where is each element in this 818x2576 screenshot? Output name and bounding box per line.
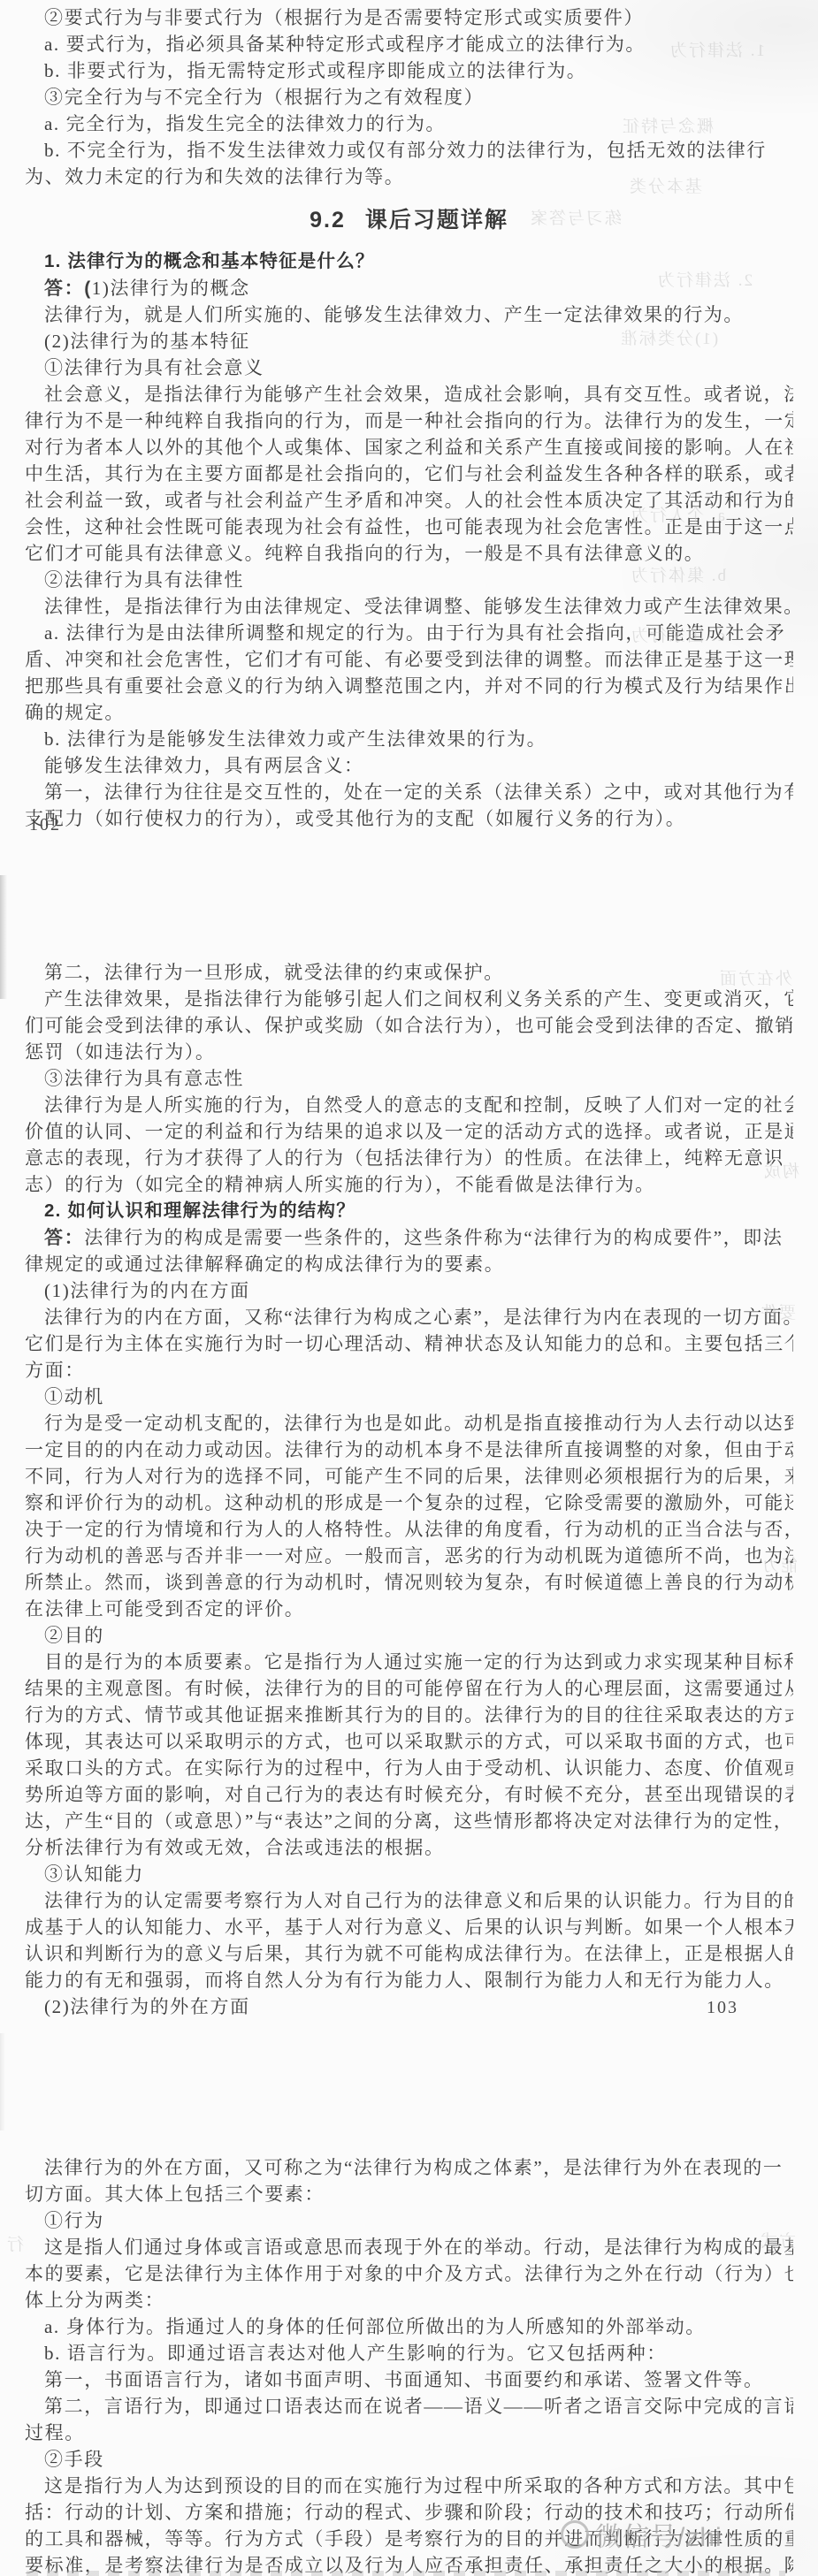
page-103-content: 第二，法律行为一旦形成，就受法律的约束或保护。产生法律效果，是指法律行为能够引起… — [25, 959, 793, 2020]
section-number: 9.2 — [310, 208, 346, 232]
text-line: 中生活，其行为在主要方面都是社会指向的，它们与社会利益发生各种各样的联系，或者与 — [25, 461, 793, 487]
page-edge-shadow — [0, 875, 7, 999]
text-line: 1. 法律行为的概念和基本特征是什么？ — [25, 248, 793, 275]
text-line: 切方面。其大体上包括三个要素： — [25, 2181, 793, 2207]
text-block-question-2: 第二，法律行为一旦形成，就受法律的约束或保护。产生法律效果，是指法律行为能够引起… — [25, 959, 793, 2020]
text-line: 答：法律行为的构成是需要一些条件的，这些条件称为“法律行为的构成要件”，即法 — [25, 1224, 793, 1251]
text-line: 察和评价行为的动机。这种动机的形成是一个复杂的过程，它除受需要的激励外，可能还取 — [25, 1490, 793, 1516]
text-line: 社会意义，是指法律行为能够产生社会效果，造成社会影响，具有交互性。或者说，法 — [25, 381, 793, 408]
text-line: 法律行为是人所实施的行为，自然受人的意志的支配和控制，反映了人们对一定的社会 — [25, 1092, 793, 1118]
text-line: (2)法律行为的基本特征 — [25, 328, 793, 354]
text-line: 达，产生“目的（或意思）”与“表达”之间的分离，这些情形都将决定对法律行为的定性… — [25, 1808, 793, 1834]
text-line: a. 身体行为。指通过人的身体的任何部位所做出的为人所感知的外部举动。 — [25, 2313, 793, 2340]
scanned-document-page: ②要式行为与非要式行为（根据行为是否需要特定形式或实质要件）a. 要式行为，指必… — [0, 0, 818, 2576]
text-line: 本的要素，它是法律行为主体作用于对象的中介及方式。法律行为之外在行动（行为）也大 — [25, 2260, 793, 2287]
text-line: ②法律行为具有法律性 — [25, 567, 793, 593]
text-line: 第二，法律行为一旦形成，就受法律的约束或保护。 — [25, 959, 793, 986]
text-line: 不同，行为人对行为的选择不同，可能产生不同的后果，法律则必须根据行为的后果，来考 — [25, 1463, 793, 1490]
text-line: 们可能会受到法律的承认、保护或奖励（如合法行为），也可能会受到法律的否定、撤销或 — [25, 1012, 793, 1039]
text-line: ②手段 — [25, 2446, 793, 2473]
text-line: 会性，这种社会性既可能表现为社会有益性，也可能表现为社会危害性。正是由于这一点， — [25, 514, 793, 540]
watermark-text: 微信号/zhi — [595, 2515, 722, 2554]
text-line: 法律行为的外在方面，又可称之为“法律行为构成之体素”，是法律行为外在表现的一 — [25, 2154, 793, 2181]
text-line: 盾、冲突和社会危害性，它们才有可能、有必要受到法律的调整。而法律正是基于这一理由 — [25, 646, 793, 673]
text-line: 产生法律效果，是指法律行为能够引起人们之间权利义务关系的产生、变更或消灭，它 — [25, 986, 793, 1012]
page-102-content: ②要式行为与非要式行为（根据行为是否需要特定形式或实质要件）a. 要式行为，指必… — [25, 4, 793, 832]
text-line: 律规定的或通过法律解释确定的构成法律行为的要素。 — [25, 1251, 793, 1277]
text-line: 过程。 — [25, 2420, 793, 2446]
text-line: 在法律上可能受到否定的评价。 — [25, 1596, 793, 1622]
text-line: 这是指人们通过身体或言语或意思而表现于外在的举动。行动，是法律行为构成的最基 — [25, 2234, 793, 2260]
text-line: ①法律行为具有社会意义 — [25, 354, 793, 381]
text-line: 法律行为的内在方面，又称“法律行为构成之心素”，是法律行为内在表现的一切方面。 — [25, 1304, 793, 1330]
text-line: 为、效力未定的行为和失效的法律行为等。 — [25, 164, 793, 190]
text-line: 方面： — [25, 1357, 793, 1383]
text-line: 志）的行为（如完全的精神病人所实施的行为），不能看做是法律行为。 — [25, 1171, 793, 1198]
text-line: ③完全行为与不完全行为（根据行为之有效程度） — [25, 84, 793, 111]
text-line: a. 法律行为是由法律所调整和规定的行为。由于行为具有社会指向，可能造成社会矛 — [25, 620, 793, 646]
text-line: 第一，书面语言行为，诸如书面声明、书面通知、书面要约和承诺、签署文件等。 — [25, 2366, 793, 2393]
text-line: (2)法律行为的外在方面 — [25, 1993, 793, 2020]
text-line: ③法律行为具有意志性 — [25, 1065, 793, 1092]
text-line: 对行为者本人以外的其他个人或集体、国家之利益和关系产生直接或间接的影响。人在社会 — [25, 434, 793, 461]
text-line: 这是指行为人为达到预设的目的而在实施行为过程中所采取的各种方式和方法。其中包 — [25, 2473, 793, 2499]
text-line: 确的规定。 — [25, 699, 793, 726]
text-line: 体上分为两类： — [25, 2287, 793, 2313]
text-line: 能力的有无和强弱，而将自然人分为有行为能力人、限制行为能力人和无行为能力人。 — [25, 1967, 793, 1993]
text-block-classification: ②要式行为与非要式行为（根据行为是否需要特定形式或实质要件）a. 要式行为，指必… — [25, 4, 793, 190]
text-line: 行为动机的善恶与否并非一一对应。一般而言，恶劣的行为动机既为道德所不尚，也为法律 — [25, 1543, 793, 1569]
section-title: 课后习题详解 — [365, 208, 508, 232]
page-104-content: 法律行为的外在方面，又可称之为“法律行为构成之体素”，是法律行为外在表现的一切方… — [25, 2154, 793, 2576]
text-line: 体现，其表达可以采取明示的方式，也可以采取默示的方式，可以采取书面的方式，也可以 — [25, 1728, 793, 1755]
text-line: 价值的认同、一定的利益和行为结果的追求以及一定的活动方式的选择。或者说，正是通过 — [25, 1118, 793, 1145]
text-line: 认识和判断行为的意义与后果，其行为就不可能构成法律行为。在法律上，正是根据人的认… — [25, 1940, 793, 1967]
text-line: 第一，法律行为往往是交互性的，处在一定的关系（法律关系）之中，或对其他行为有 — [25, 779, 793, 805]
text-line: 成基于人的认知能力、水平，基于人对行为意义、后果的认识与判断。如果一个人根本无能… — [25, 1914, 793, 1940]
text-line: 把那些具有重要社会意义的行为纳入调整范围之内，并对不同的行为模式及行为结果作出明 — [25, 673, 793, 699]
text-line: 法律性，是指法律行为由法律规定、受法律调整、能够发生法律效力或产生法律效果。 — [25, 593, 793, 620]
text-line: 结果的主观意图。有时候，法律行为的目的可能停留在行为人的心理层面，这需要通过从其 — [25, 1675, 793, 1702]
text-line: ①行为 — [25, 2207, 793, 2234]
text-line: 能够发生法律效力，具有两层含义： — [25, 752, 793, 779]
text-line: 支配力（如行使权力的行为），或受其他行为的支配（如履行义务的行为）。 — [25, 805, 793, 832]
text-line: 所禁止。然而，谈到善意的行为动机时，情况则较为复杂，有时候道德上善良的行为动机却 — [25, 1569, 793, 1596]
watermark-logo-icon — [561, 2520, 589, 2549]
section-heading: 9.2课后习题详解 — [25, 190, 793, 248]
text-line: 采取口头的方式。在实际行为的过程中，行为人由于受动机、认识能力、态度、价值观或情 — [25, 1755, 793, 1781]
text-line: ①动机 — [25, 1383, 793, 1410]
text-line: 惩罚（如违法行为）。 — [25, 1039, 793, 1065]
text-line: b. 法律行为是能够发生法律效力或产生法律效果的行为。 — [25, 726, 793, 752]
text-line: 它们才可能具有法律意义。纯粹自我指向的行为，一般是不具有法律意义的。 — [25, 540, 793, 567]
text-line: 答：(1)法律行为的概念 — [25, 275, 793, 301]
text-line: a. 完全行为，指发生完全的法律效力的行为。 — [25, 111, 793, 137]
text-line: 行为是受一定动机支配的，法律行为也是如此。动机是指直接推动行为人去行动以达到 — [25, 1410, 793, 1437]
text-line: 它们是行为主体在实施行为时一切心理活动、精神状态及认知能力的总和。主要包括三个 — [25, 1330, 793, 1357]
text-line: 法律行为的认定需要考察行为人对自己行为的法律意义和后果的认识能力。行为目的的形 — [25, 1887, 793, 1914]
text-line: ②目的 — [25, 1622, 793, 1649]
watermark: 微信号/zhi — [561, 2515, 722, 2554]
bleedthrough-text: 行 — [5, 2231, 24, 2255]
text-line: ②要式行为与非要式行为（根据行为是否需要特定形式或实质要件） — [25, 4, 793, 31]
text-line: 意志的表现，行为才获得了人的行为（包括法律行为）的性质。在法律上，纯粹无意识（无… — [25, 1145, 793, 1171]
text-line: 分析法律行为有效或无效，合法或违法的根据。 — [25, 1834, 793, 1861]
text-line: 社会利益一致，或者与社会利益产生矛盾和冲突。人的社会性本质决定了其活动和行为的社 — [25, 487, 793, 514]
page-edge-shadow — [0, 2033, 5, 2130]
text-line: 一定目的的内在动力或动因。法律行为的动机本身不是法律所直接调整的对象，但由于动机 — [25, 1437, 793, 1463]
text-line: b. 非要式行为，指无需特定形式或程序即能成立的法律行为。 — [25, 57, 793, 84]
text-block-question-1: 1. 法律行为的概念和基本特征是什么？答：(1)法律行为的概念法律行为，就是人们… — [25, 248, 793, 832]
text-line: 目的是行为的本质要素。它是指行为人通过实施一定的行为达到或力求实现某种目标和 — [25, 1649, 793, 1675]
text-block-external-aspect: 法律行为的外在方面，又可称之为“法律行为构成之体素”，是法律行为外在表现的一切方… — [25, 2154, 793, 2576]
text-line: 决于一定的行为情境和行为人的人格特性。从法律的角度看，行为动机的正当合法与否，与 — [25, 1516, 793, 1543]
page-number-right: 103 — [707, 1998, 738, 2018]
page-number-left: 102 — [29, 815, 61, 835]
text-line: 第二，言语行为，即通过口语表达而在说者——语义——听者之语言交际中完成的言语 — [25, 2393, 793, 2420]
text-line: b. 语言行为。即通过语言表达对他人产生影响的行为。它又包括两种： — [25, 2340, 793, 2366]
text-line: ③认知能力 — [25, 1861, 793, 1887]
text-line: b. 不完全行为，指不发生法律效力或仅有部分效力的法律行为，包括无效的法律行 — [25, 137, 793, 164]
cutoff-text-strip — [27, 2571, 785, 2576]
text-line: 行为的方式、情节或其他证据来推断其行为的目的。法律行为的目的往往采取表达的方式来 — [25, 1702, 793, 1728]
text-line: 势所迫等方面的影响，对自己行为的表达有时候充分，有时候不充分，甚至出现错误的表 — [25, 1781, 793, 1808]
text-line: a. 要式行为，指必须具备某种特定形式或程序才能成立的法律行为。 — [25, 31, 793, 57]
text-line: 2. 如何认识和理解法律行为的结构？ — [25, 1198, 793, 1224]
text-line: 律行为不是一种纯粹自我指向的行为，而是一种社会指向的行为。法律行为的发生，一定是 — [25, 408, 793, 434]
text-line: 法律行为，就是人们所实施的、能够发生法律效力、产生一定法律效果的行为。 — [25, 301, 793, 328]
text-line: (1)法律行为的内在方面 — [25, 1277, 793, 1304]
